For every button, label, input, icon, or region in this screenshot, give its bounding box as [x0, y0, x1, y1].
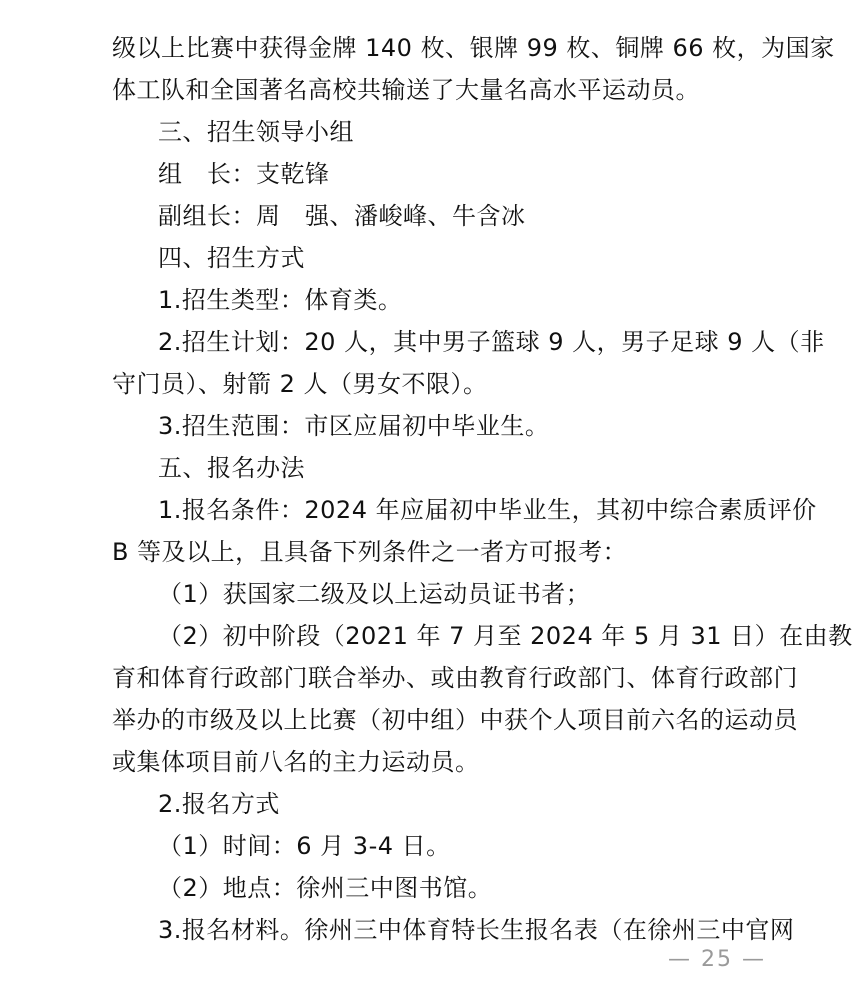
condition-item-2-line-4: 或集体项目前八名的主力运动员。	[112, 747, 480, 777]
admission-scope-line: 3.招生范围：市区应届初中毕业生。	[158, 411, 549, 441]
condition-item-2-line-1: （2）初中阶段（2021 年 7 月至 2024 年 5 月 31 日）在由教	[158, 621, 853, 651]
admission-plan-line-2: 守门员）、射箭 2 人（男女不限）。	[112, 369, 488, 399]
registration-conditions-line-2: B 等及以上，且具备下列条件之一者方可报考：	[112, 537, 627, 567]
registration-materials-line: 3.报名材料。徐州三中体育特长生报名表（在徐州三中官网	[158, 915, 794, 945]
page-number: — 25 —	[668, 947, 766, 973]
registration-method-heading: 2.报名方式	[158, 789, 280, 819]
group-leader-line: 组 长：支乾锋	[158, 159, 330, 189]
registration-time-line: （1）时间：6 月 3-4 日。	[158, 831, 451, 861]
section-heading-registration: 五、报名办法	[158, 453, 305, 483]
registration-conditions-line-1: 1.报名条件：2024 年应届初中毕业生，其初中综合素质评价	[158, 495, 817, 525]
condition-item-2-line-3: 举办的市级及以上比赛（初中组）中获个人项目前六名的运动员	[112, 705, 798, 735]
deputy-leaders-line: 副组长：周 强、潘峻峰、牛含冰	[158, 201, 526, 231]
admission-plan-line-1: 2.招生计划：20 人，其中男子篮球 9 人，男子足球 9 人（非	[158, 327, 825, 357]
condition-item-1: （1）获国家二级及以上运动员证书者；	[158, 579, 590, 609]
condition-item-2-line-2: 育和体育行政部门联合举办、或由教育行政部门、体育行政部门	[112, 663, 798, 693]
section-heading-leadership-group: 三、招生领导小组	[158, 117, 354, 147]
body-text-line-1: 级以上比赛中获得金牌 140 枚、银牌 99 枚、铜牌 66 枚，为国家	[112, 33, 835, 63]
registration-location-line: （2）地点：徐州三中图书馆。	[158, 873, 492, 903]
document-page: 级以上比赛中获得金牌 140 枚、银牌 99 枚、铜牌 66 枚，为国家 体工队…	[0, 0, 864, 982]
body-text-line-2: 体工队和全国著名高校共输送了大量名高水平运动员。	[112, 75, 700, 105]
admission-type-line: 1.招生类型：体育类。	[158, 285, 402, 315]
section-heading-admission-method: 四、招生方式	[158, 243, 305, 273]
